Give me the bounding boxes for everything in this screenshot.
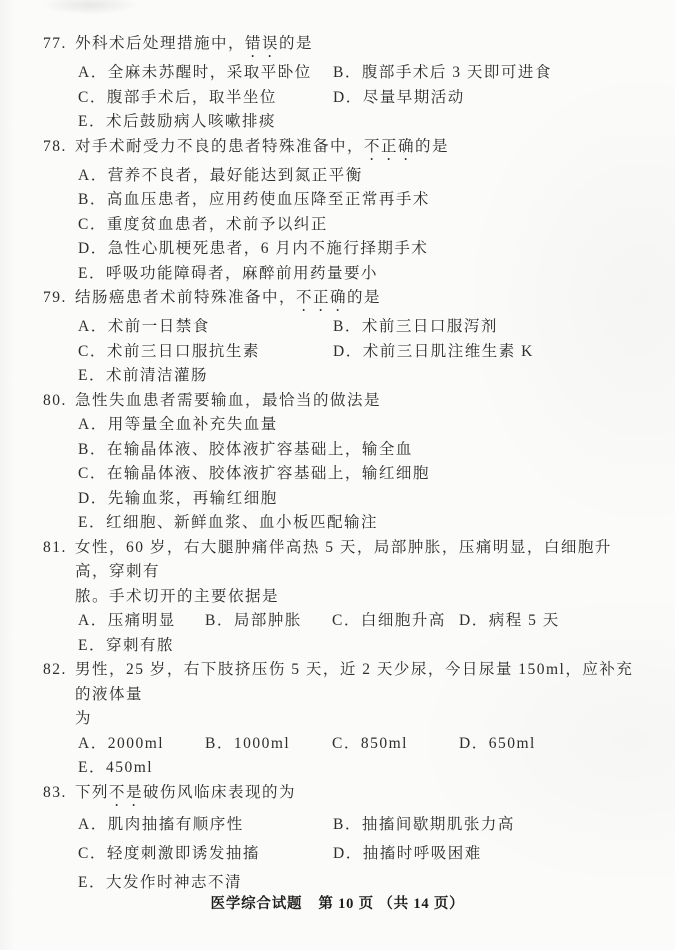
option-label: B． xyxy=(333,61,362,86)
option-row: D．先输血浆，再输红细胞 xyxy=(78,487,645,512)
option-B: B．术前三日口服泻剂 xyxy=(333,315,498,340)
stem-text: 破伤风临床表现的为 xyxy=(143,784,296,801)
stem-text: 对手术耐受力不良的患者特殊准备中， xyxy=(75,138,364,155)
question-77: 77. 外科术后处理措施中，错误的是 A．全麻未苏醒时，采取平卧位 B．腹部手术… xyxy=(43,32,645,135)
option-text: 术前三日口服抗生素 xyxy=(107,340,260,365)
question-stem: 外科术后处理措施中，错误的是 xyxy=(75,32,645,61)
option-C: C．重度贫血患者，术前予以纠正 xyxy=(78,213,328,238)
option-label: B． xyxy=(333,315,362,340)
option-D: D．650ml xyxy=(459,732,536,757)
page-footer: 医学综合试题第 10 页 （共 14 页） xyxy=(0,894,675,914)
option-text: 术前清洁灌肠 xyxy=(106,364,208,389)
option-row: A．压痛明显 B．局部肿胀 C．白细胞升高 D．病程 5 天 xyxy=(78,609,645,634)
stem-text: 男性，25 岁，右下肢挤压伤 5 天，近 2 天少尿，今日尿量 150ml，应补… xyxy=(75,661,633,703)
option-E: E．呼吸功能障碍者，麻醉前用药量要小 xyxy=(78,262,378,287)
question-stem: 对手术耐受力不良的患者特殊准备中，不正确的是 xyxy=(75,135,645,164)
question-stem: 女性，60 岁，右大腿肿痛伴高热 5 天，局部肿胀，压痛明显，白细胞升高，穿刺有 xyxy=(75,536,645,585)
option-label: C． xyxy=(78,340,107,365)
question-stem-continued: 脓。手术切开的主要依据是 xyxy=(75,585,645,610)
option-C: C．术前三日口服抗生素 xyxy=(78,340,333,365)
stem-emphasis-text: 错误 xyxy=(245,35,279,52)
option-B: B．高血压患者，应用药使血压降至正常再手术 xyxy=(78,188,430,213)
option-text: 病程 5 天 xyxy=(489,609,560,634)
option-text: 术前一日禁食 xyxy=(108,315,210,340)
option-row: E．术前清洁灌肠 xyxy=(78,364,645,389)
option-label: C． xyxy=(78,213,107,238)
option-E: E．450ml xyxy=(78,756,153,781)
option-row: C．轻度刺激即诱发抽搐 D．抽搐时呼吸困难 xyxy=(78,839,645,868)
option-B: B．局部肿胀 xyxy=(205,609,332,634)
option-row: A．用等量全血补充失血量 xyxy=(78,413,645,438)
option-text: 术前三日肌注维生素 K xyxy=(363,340,534,365)
option-C: C．850ml xyxy=(332,732,459,757)
option-row: E．呼吸功能障碍者，麻醉前用药量要小 xyxy=(78,262,645,287)
options: A．营养不良者，最好能达到氮正平衡 B．高血压患者，应用药使血压降至正常再手术 … xyxy=(78,164,645,287)
question-number: 79. xyxy=(43,286,75,315)
question-stem-row: 79. 结肠癌患者术前特殊准备中，不正确的是 xyxy=(43,286,645,315)
option-B: B．在输晶体液、胶体液扩容基础上，输全血 xyxy=(78,438,413,463)
option-A: A．术前一日禁食 xyxy=(78,315,333,340)
stem-text: 外科术后处理措施中， xyxy=(75,35,245,52)
option-label: E． xyxy=(78,634,106,659)
option-text: 穿刺有脓 xyxy=(106,634,174,659)
question-83: 83. 下列不是破伤风临床表现的为 A．肌肉抽搐有顺序性 B．抽搐间歇期肌张力高… xyxy=(43,781,645,897)
options: A．2000ml B．1000ml C．850ml D．650ml E．450m… xyxy=(78,732,645,781)
question-stem-row: 83. 下列不是破伤风临床表现的为 xyxy=(43,781,645,810)
question-stem-row: 82. 男性，25 岁，右下肢挤压伤 5 天，近 2 天少尿，今日尿量 150m… xyxy=(43,658,645,707)
option-label: A． xyxy=(78,810,108,839)
option-row: C．术前三日口服抗生素 D．术前三日肌注维生素 K xyxy=(78,340,645,365)
option-D: D．术前三日肌注维生素 K xyxy=(333,340,534,365)
stem-text: 的是 xyxy=(415,138,449,155)
option-label: D． xyxy=(333,340,363,365)
stem-emphasis-text: 不正确 xyxy=(364,138,415,155)
option-text: 白细胞升高 xyxy=(361,609,446,634)
option-A: A．压痛明显 xyxy=(78,609,205,634)
option-label: E． xyxy=(78,868,106,897)
question-number: 80. xyxy=(43,389,75,414)
option-text: 在输晶体液、胶体液扩容基础上，输全血 xyxy=(107,438,413,463)
option-C: C．轻度刺激即诱发抽搐 xyxy=(78,839,333,868)
option-row: E．术后鼓励病人咳嗽排痰 xyxy=(78,110,645,135)
option-label: D． xyxy=(459,732,489,757)
question-81: 81. 女性，60 岁，右大腿肿痛伴高热 5 天，局部肿胀，压痛明显，白细胞升高… xyxy=(43,536,645,659)
option-row: C．腹部手术后，取半坐位 D．尽量早期活动 xyxy=(78,86,645,111)
question-stem: 下列不是破伤风临床表现的为 xyxy=(75,781,645,810)
option-text: 全麻未苏醒时，采取平卧位 xyxy=(108,61,312,86)
option-text: 重度贫血患者，术前予以纠正 xyxy=(107,213,328,238)
option-row: A．营养不良者，最好能达到氮正平衡 xyxy=(78,164,645,189)
question-number: 77. xyxy=(43,32,75,61)
option-text: 650ml xyxy=(489,732,536,757)
option-text: 腹部手术后 3 天即可进食 xyxy=(362,61,552,86)
option-label: E． xyxy=(78,110,106,135)
option-label: E． xyxy=(78,756,106,781)
options: A．用等量全血补充失血量 B．在输晶体液、胶体液扩容基础上，输全血 C．在输晶体… xyxy=(78,413,645,536)
footer-page-number: 第 10 页 （共 14 页） xyxy=(318,896,464,912)
option-label: B． xyxy=(78,188,107,213)
question-80: 80. 急性失血患者需要输血，最恰当的做法是 A．用等量全血补充失血量 B．在输… xyxy=(43,389,645,536)
option-label: A． xyxy=(78,315,108,340)
option-row: C．重度贫血患者，术前予以纠正 xyxy=(78,213,645,238)
option-label: D． xyxy=(78,487,108,512)
stem-text: 的是 xyxy=(279,35,313,52)
option-row: A．肌肉抽搐有顺序性 B．抽搐间歇期肌张力高 xyxy=(78,810,645,839)
option-label: B． xyxy=(333,810,362,839)
option-label: D． xyxy=(459,609,489,634)
option-row: B．在输晶体液、胶体液扩容基础上，输全血 xyxy=(78,438,645,463)
question-stem-continued: 为 xyxy=(75,707,645,732)
option-text: 轻度刺激即诱发抽搐 xyxy=(107,839,260,868)
option-label: B． xyxy=(78,438,107,463)
question-stem-row: 77. 外科术后处理措施中，错误的是 xyxy=(43,32,645,61)
option-text: 红细胞、新鲜血浆、血小板匹配输注 xyxy=(106,511,378,536)
option-A: A．用等量全血补充失血量 xyxy=(78,413,278,438)
options: A．压痛明显 B．局部肿胀 C．白细胞升高 D．病程 5 天 E．穿刺有脓 xyxy=(78,609,645,658)
option-label: B． xyxy=(205,609,234,634)
question-82: 82. 男性，25 岁，右下肢挤压伤 5 天，近 2 天少尿，今日尿量 150m… xyxy=(43,658,645,781)
option-text: 腹部手术后，取半坐位 xyxy=(107,86,277,111)
option-label: A． xyxy=(78,732,108,757)
option-E: E．术后鼓励病人咳嗽排痰 xyxy=(78,110,276,135)
option-text: 850ml xyxy=(361,732,408,757)
option-text: 局部肿胀 xyxy=(234,609,302,634)
option-text: 450ml xyxy=(106,756,153,781)
footer-exam-title: 医学综合试题 xyxy=(211,896,303,912)
option-B: B．腹部手术后 3 天即可进食 xyxy=(333,61,552,86)
option-text: 用等量全血补充失血量 xyxy=(108,413,278,438)
option-D: D．先输血浆，再输红细胞 xyxy=(78,487,278,512)
option-label: A． xyxy=(78,164,108,189)
option-row: C．在输晶体液、胶体液扩容基础上，输红细胞 xyxy=(78,462,645,487)
option-text: 抽搐间歇期肌张力高 xyxy=(362,810,515,839)
option-label: E． xyxy=(78,511,106,536)
question-stem-row: 81. 女性，60 岁，右大腿肿痛伴高热 5 天，局部肿胀，压痛明显，白细胞升高… xyxy=(43,536,645,585)
option-label: A． xyxy=(78,61,108,86)
option-label: C． xyxy=(78,462,107,487)
question-stem-row: 80. 急性失血患者需要输血，最恰当的做法是 xyxy=(43,389,645,414)
question-78: 78. 对手术耐受力不良的患者特殊准备中，不正确的是 A．营养不良者，最好能达到… xyxy=(43,135,645,287)
option-A: A．全麻未苏醒时，采取平卧位 xyxy=(78,61,333,86)
option-D: D．尽量早期活动 xyxy=(333,86,465,111)
option-text: 大发作时神志不清 xyxy=(106,868,242,897)
stem-text: 女性，60 岁，右大腿肿痛伴高热 5 天，局部肿胀，压痛明显，白细胞升高，穿刺有 xyxy=(75,539,612,581)
option-text: 呼吸功能障碍者，麻醉前用药量要小 xyxy=(106,262,378,287)
option-D: D．抽搐时呼吸困难 xyxy=(333,839,482,868)
option-text: 1000ml xyxy=(234,732,290,757)
option-label: C． xyxy=(332,609,361,634)
question-stem-row: 78. 对手术耐受力不良的患者特殊准备中，不正确的是 xyxy=(43,135,645,164)
question-number: 81. xyxy=(43,536,75,585)
option-label: C． xyxy=(78,839,107,868)
question-number: 83. xyxy=(43,781,75,810)
question-list: 77. 外科术后处理措施中，错误的是 A．全麻未苏醒时，采取平卧位 B．腹部手术… xyxy=(43,32,645,897)
option-text: 压痛明显 xyxy=(108,609,176,634)
stem-text: 的是 xyxy=(347,289,381,306)
option-text: 尽量早期活动 xyxy=(363,86,465,111)
option-text: 抽搐时呼吸困难 xyxy=(363,839,482,868)
option-C: C．在输晶体液、胶体液扩容基础上，输红细胞 xyxy=(78,462,430,487)
stem-text: 急性失血患者需要输血，最恰当的做法是 xyxy=(75,392,381,409)
option-label: E． xyxy=(78,364,106,389)
option-label: D． xyxy=(78,237,108,262)
option-row: A．全麻未苏醒时，采取平卧位 B．腹部手术后 3 天即可进食 xyxy=(78,61,645,86)
option-row: A．2000ml B．1000ml C．850ml D．650ml xyxy=(78,732,645,757)
option-text: 肌肉抽搐有顺序性 xyxy=(108,810,244,839)
question-number: 78. xyxy=(43,135,75,164)
option-row: E．穿刺有脓 xyxy=(78,634,645,659)
stem-emphasis-text: 不正确 xyxy=(296,289,347,306)
options: A．全麻未苏醒时，采取平卧位 B．腹部手术后 3 天即可进食 C．腹部手术后，取… xyxy=(78,61,645,135)
question-79: 79. 结肠癌患者术前特殊准备中，不正确的是 A．术前一日禁食 B．术前三日口服… xyxy=(43,286,645,389)
options: A．术前一日禁食 B．术前三日口服泻剂 C．术前三日口服抗生素 D．术前三日肌注… xyxy=(78,315,645,389)
option-C: C．腹部手术后，取半坐位 xyxy=(78,86,333,111)
options: A．肌肉抽搐有顺序性 B．抽搐间歇期肌张力高 C．轻度刺激即诱发抽搐 D．抽搐时… xyxy=(78,810,645,897)
option-B: B．1000ml xyxy=(205,732,332,757)
question-stem: 急性失血患者需要输血，最恰当的做法是 xyxy=(75,389,645,414)
option-label: E． xyxy=(78,262,106,287)
option-text: 术后鼓励病人咳嗽排痰 xyxy=(106,110,276,135)
option-label: C． xyxy=(78,86,107,111)
option-label: A． xyxy=(78,413,108,438)
option-row: E．大发作时神志不清 xyxy=(78,868,645,897)
option-text: 高血压患者，应用药使血压降至正常再手术 xyxy=(107,188,430,213)
option-row: E．450ml xyxy=(78,756,645,781)
option-E: E．大发作时神志不清 xyxy=(78,868,242,897)
option-row: B．高血压患者，应用药使血压降至正常再手术 xyxy=(78,188,645,213)
option-text: 急性心肌梗死患者，6 月内不施行择期手术 xyxy=(108,237,429,262)
option-text: 营养不良者，最好能达到氮正平衡 xyxy=(108,164,363,189)
option-label: D． xyxy=(333,839,363,868)
option-text: 2000ml xyxy=(108,732,164,757)
option-E: E．穿刺有脓 xyxy=(78,634,174,659)
option-text: 先输血浆，再输红细胞 xyxy=(108,487,278,512)
option-text: 术前三日口服泻剂 xyxy=(362,315,498,340)
option-B: B．抽搐间歇期肌张力高 xyxy=(333,810,515,839)
option-A: A．肌肉抽搐有顺序性 xyxy=(78,810,333,839)
option-label: B． xyxy=(205,732,234,757)
exam-page: 77. 外科术后处理措施中，错误的是 A．全麻未苏醒时，采取平卧位 B．腹部手术… xyxy=(0,0,675,950)
option-D: D．急性心肌梗死患者，6 月内不施行择期手术 xyxy=(78,237,428,262)
option-label: C． xyxy=(332,732,361,757)
option-row: D．急性心肌梗死患者，6 月内不施行择期手术 xyxy=(78,237,645,262)
stem-text: 结肠癌患者术前特殊准备中， xyxy=(75,289,296,306)
option-text: 在输晶体液、胶体液扩容基础上，输红细胞 xyxy=(107,462,430,487)
question-stem: 结肠癌患者术前特殊准备中，不正确的是 xyxy=(75,286,645,315)
option-row: A．术前一日禁食 B．术前三日口服泻剂 xyxy=(78,315,645,340)
option-C: C．白细胞升高 xyxy=(332,609,459,634)
option-D: D．病程 5 天 xyxy=(459,609,560,634)
option-A: A．2000ml xyxy=(78,732,205,757)
option-label: A． xyxy=(78,609,108,634)
stem-text: 下列 xyxy=(75,784,109,801)
option-A: A．营养不良者，最好能达到氮正平衡 xyxy=(78,164,363,189)
option-E: E．红细胞、新鲜血浆、血小板匹配输注 xyxy=(78,511,378,536)
option-row: E．红细胞、新鲜血浆、血小板匹配输注 xyxy=(78,511,645,536)
question-number: 82. xyxy=(43,658,75,707)
option-label: D． xyxy=(333,86,363,111)
question-stem: 男性，25 岁，右下肢挤压伤 5 天，近 2 天少尿，今日尿量 150ml，应补… xyxy=(75,658,645,707)
option-E: E．术前清洁灌肠 xyxy=(78,364,208,389)
stem-emphasis-text: 不是 xyxy=(109,784,143,801)
